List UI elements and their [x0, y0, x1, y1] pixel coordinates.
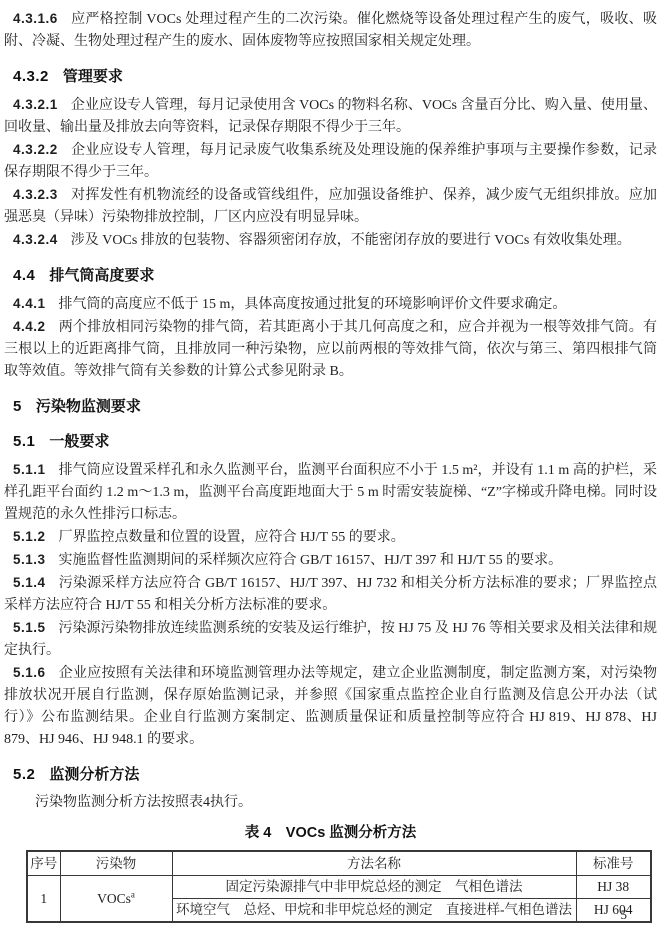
table-intro-paragraph: 污染物监测分析方法按照表4执行。	[4, 792, 657, 814]
heading-text: 排气筒高度要求	[49, 267, 154, 284]
table-caption: 表 4 VOCs 监测分析方法	[4, 822, 657, 844]
clause-441: 4.4.1排气筒的高度应不低于 15 m，具体高度按通过批复的环境影响评价文件要…	[4, 293, 657, 316]
heading-number: 4.3.2	[13, 68, 49, 85]
clause-number: 5.1.1	[13, 462, 46, 477]
clause-text: 两个排放相同污染物的排气筒，若其距离小于其几何高度之和，应合并视为一根等效排气筒…	[4, 320, 657, 379]
clause-text: 企业应设专人管理，每月记录废气收集系统及处理设施的保养维护事项与主要操作参数，记…	[4, 143, 657, 180]
heading-number: 5.1	[13, 433, 35, 450]
clause-4321: 4.3.2.1企业应设专人管理，每月记录使用含 VOCs 的物料名称、VOCs …	[4, 94, 657, 139]
clause-number: 4.3.2.1	[13, 97, 58, 112]
heading-text: 管理要求	[63, 68, 123, 85]
page-number: 5	[621, 904, 628, 926]
clause-4322: 4.3.2.2企业应设专人管理，每月记录废气收集系统及处理设施的保养维护事项与主…	[4, 139, 657, 184]
clause-4324: 4.3.2.4涉及 VOCs 排放的包装物、容器须密闭存放，不能密闭存放的要进行…	[4, 229, 657, 252]
clause-number: 4.3.2.2	[13, 142, 58, 157]
clause-4316: 4.3.1.6应严格控制 VOCs 处理过程产生的二次污染。催化燃烧等设备处理过…	[4, 8, 657, 53]
section-heading-52: 5.2监测分析方法	[13, 764, 657, 786]
clause-442: 4.4.2两个排放相同污染物的排气筒，若其距离小于其几何高度之和，应合并视为一根…	[4, 316, 657, 383]
clause-text: 应严格控制 VOCs 处理过程产生的二次污染。催化燃烧等设备处理过程产生的废气，…	[4, 12, 657, 49]
clause-514: 5.1.4污染源采样方法应符合 GB/T 16157、HJ/T 397、HJ 7…	[4, 572, 657, 617]
clause-515: 5.1.5污染源污染物排放连续监测系统的安装及运行维护，按 HJ 75 及 HJ…	[4, 617, 657, 662]
clause-text: 企业应设专人管理，每月记录使用含 VOCs 的物料名称、VOCs 含量百分比、购…	[4, 98, 657, 135]
clause-text: 污染源污染物排放连续监测系统的安装及运行维护，按 HJ 75 及 HJ 76 等…	[4, 621, 657, 658]
pollutant-cell: VOCsa	[60, 876, 172, 923]
header-cell-method: 方法名称	[172, 851, 576, 876]
pollutant-name: VOCs	[97, 891, 131, 906]
section-heading-5: 5污染物监测要求	[13, 396, 657, 418]
clause-4323: 4.3.2.3对挥发性有机物流经的设备或管线组件，应加强设备维护、保养，减少废气…	[4, 184, 657, 229]
document-page: 4.3.1.6应严格控制 VOCs 处理过程产生的二次污染。催化燃烧等设备处理过…	[0, 0, 671, 938]
header-cell-index: 序号	[27, 851, 60, 876]
document-content: 4.3.1.6应严格控制 VOCs 处理过程产生的二次污染。催化燃烧等设备处理过…	[0, 0, 671, 923]
clause-text: 排气筒应设置采样孔和永久监测平台，监测平台面积应不小于 1.5 m²，并设有 1…	[4, 463, 657, 522]
method-cell: 固定污染源排气中非甲烷总烃的测定 气相色谱法	[172, 876, 576, 899]
clause-text: 实施监督性监测期间的采样频次应符合 GB/T 16157、HJ/T 397 和 …	[59, 553, 563, 568]
table-row: 1 VOCsa 固定污染源排气中非甲烷总烃的测定 气相色谱法 HJ 38	[27, 876, 651, 899]
clause-number: 5.1.4	[13, 575, 46, 590]
clause-text: 厂界监控点数量和位置的设置，应符合 HJ/T 55 的要求。	[59, 530, 405, 545]
index-cell: 1	[27, 876, 60, 923]
section-heading-44: 4.4排气筒高度要求	[13, 265, 657, 287]
clause-number: 4.3.1.6	[13, 11, 58, 26]
clause-number: 5.1.2	[13, 529, 46, 544]
analysis-methods-table: 序号 污染物 方法名称 标准号 1 VOCsa 固定污染源排气中非甲烷总烃的测定…	[26, 850, 652, 923]
clause-number: 4.4.1	[13, 296, 46, 311]
standard-cell: HJ 38	[576, 876, 651, 899]
clause-number: 5.1.3	[13, 552, 46, 567]
clause-text: 排气筒的高度应不低于 15 m，具体高度按通过批复的环境影响评价文件要求确定。	[59, 297, 567, 312]
pollutant-footnote-mark: a	[131, 889, 135, 899]
clause-512: 5.1.2厂界监控点数量和位置的设置，应符合 HJ/T 55 的要求。	[4, 526, 657, 549]
method-cell: 环境空气 总烃、甲烷和非甲烷总烃的测定 直接进样-气相色谱法	[172, 899, 576, 923]
heading-number: 4.4	[13, 267, 35, 284]
clause-number: 4.4.2	[13, 319, 46, 334]
header-cell-standard: 标准号	[576, 851, 651, 876]
standard-cell: HJ 604	[576, 899, 651, 923]
heading-text: 污染物监测要求	[36, 398, 141, 415]
clause-text: 企业应按照有关法律和环境监测管理办法等规定，建立企业监测制度，制定监测方案，对污…	[4, 666, 657, 747]
header-cell-pollutant: 污染物	[60, 851, 172, 876]
clause-number: 5.1.5	[13, 620, 46, 635]
clause-511: 5.1.1排气筒应设置采样孔和永久监测平台，监测平台面积应不小于 1.5 m²，…	[4, 459, 657, 526]
heading-text: 监测分析方法	[49, 766, 139, 783]
clause-number: 5.1.6	[13, 665, 46, 680]
clause-number: 4.3.2.4	[13, 232, 58, 247]
section-heading-432: 4.3.2管理要求	[13, 66, 657, 88]
clause-text: 涉及 VOCs 排放的包装物、容器须密闭存放，不能密闭存放的要进行 VOCs 有…	[71, 233, 631, 248]
clause-text: 对挥发性有机物流经的设备或管线组件，应加强设备维护、保养，减少废气无组织排放。应…	[4, 188, 657, 225]
section-heading-51: 5.1一般要求	[13, 431, 657, 453]
clause-516: 5.1.6企业应按照有关法律和环境监测管理办法等规定，建立企业监测制度，制定监测…	[4, 662, 657, 751]
clause-number: 4.3.2.3	[13, 187, 58, 202]
clause-513: 5.1.3实施监督性监测期间的采样频次应符合 GB/T 16157、HJ/T 3…	[4, 549, 657, 572]
heading-text: 一般要求	[49, 433, 109, 450]
clause-text: 污染源采样方法应符合 GB/T 16157、HJ/T 397、HJ 732 和相…	[4, 576, 657, 613]
heading-number: 5.2	[13, 766, 35, 783]
table-header-row: 序号 污染物 方法名称 标准号	[27, 851, 651, 876]
heading-number: 5	[13, 398, 22, 415]
